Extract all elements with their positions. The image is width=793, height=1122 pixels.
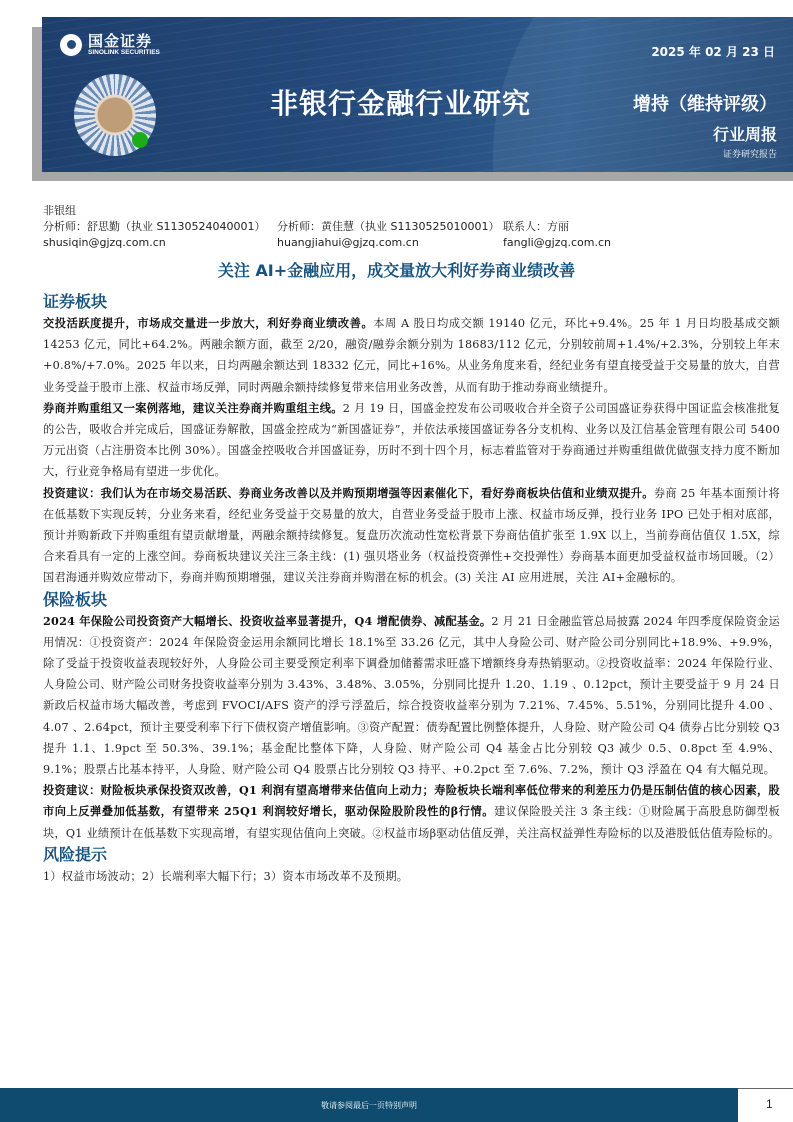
logo-name-en: SINOLINK SECURITIES (88, 49, 160, 57)
report-type: 行业周报 (713, 122, 777, 145)
page-number: 1 (766, 1097, 773, 1111)
footer-disclaimer: 敬请参阅最后一页特别声明 (321, 1100, 417, 1111)
footer-divider (738, 1088, 793, 1089)
paragraph-lead: 券商并购重组又一案例落地，建议关注券商并购重组主线。 (43, 401, 343, 415)
paragraph-lead: 2024 年保险公司投资资产大幅增长、投资收益率显著提升，Q4 增配债券、减配基… (43, 614, 491, 628)
report-category: 证券研究报告 (723, 147, 777, 160)
analyst-2-label: 分析师：黄佳慧（执业 S1130525010001） (277, 219, 503, 235)
contact-label: 联系人：方丽 (503, 219, 569, 235)
logo-name-cn: 国金证券 (88, 33, 160, 49)
mini-program-icon (132, 132, 148, 148)
report-body: 证券板块 交投活跃度提升，市场成交量进一步放大，利好券商业绩改善。本周 A 股日… (43, 291, 780, 887)
paragraph-body: 2 月 21 日金融监管总局披露 2024 年四季度保险资金运用情况：①投资资产… (43, 615, 780, 776)
section-heading-securities: 证券板块 (43, 291, 780, 313)
report-date: 2025 年 02 月 23 日 (651, 43, 775, 60)
paragraph-body: 1）权益市场波动；2）长端利率大幅下行；3）资本市场改革不及预期。 (43, 870, 408, 883)
analyst-2-email[interactable]: huangjiahui@gjzq.com.cn (277, 235, 503, 251)
analyst-1-label: 分析师：舒思勤（执业 S1130524040001） (43, 219, 277, 235)
industry-title: 非银行金融行业研究 (270, 82, 531, 122)
contact-email[interactable]: fangli@gjzq.com.cn (503, 235, 611, 251)
analyst-1-email[interactable]: shusiqin@gjzq.com.cn (43, 235, 277, 251)
company-logo: 国金证券 SINOLINK SECURITIES (60, 33, 160, 57)
footer-bar: 敬请参阅最后一页特别声明 (0, 1088, 738, 1122)
team-name: 非银组 (43, 203, 611, 219)
paragraph-securities-recommendation: 投资建议：我们认为在市场交易活跃、券商业务改善以及并购预期增强等因素催化下，看好… (43, 483, 780, 589)
analyst-block: 非银组 分析师：舒思勤（执业 S1130524040001） 分析师：黄佳慧（执… (43, 203, 611, 251)
paragraph-body: 券商 25 年基本面预计将在低基数下实现反转，分业务来看，经纪业务受益于交易量的… (43, 487, 780, 585)
paragraph-insurance-assets: 2024 年保险公司投资资产大幅增长、投资收益率显著提升，Q4 增配债券、减配基… (43, 611, 780, 781)
sinolink-logo-icon (60, 34, 82, 56)
section-heading-risks: 风险提示 (43, 844, 780, 866)
paragraph-risks: 1）权益市场波动；2）长端利率大幅下行；3）资本市场改革不及预期。 (43, 866, 780, 887)
paragraph-insurance-recommendation: 投资建议：财险板块承保投资双改善，Q1 利润有望高增带来估值向上动力；寿险板块长… (43, 780, 780, 844)
paragraph-lead: 交投活跃度提升，市场成交量进一步放大，利好券商业绩改善。 (43, 316, 373, 330)
paragraph-mergers: 券商并购重组又一案例落地，建议关注券商并购重组主线。2 月 19 日，国盛金控发… (43, 398, 780, 483)
paragraph-trading-activity: 交投活跃度提升，市场成交量进一步放大，利好券商业绩改善。本周 A 股日均成交额 … (43, 313, 780, 398)
paragraph-lead: 投资建议：我们认为在市场交易活跃、券商业务改善以及并购预期增强等因素催化下，看好… (43, 486, 654, 500)
section-heading-insurance: 保险板块 (43, 589, 780, 611)
rating-badge: 增持（维持评级） (633, 90, 777, 116)
report-title: 关注 AI+金融应用，成交量放大利好券商业绩改善 (0, 258, 793, 281)
